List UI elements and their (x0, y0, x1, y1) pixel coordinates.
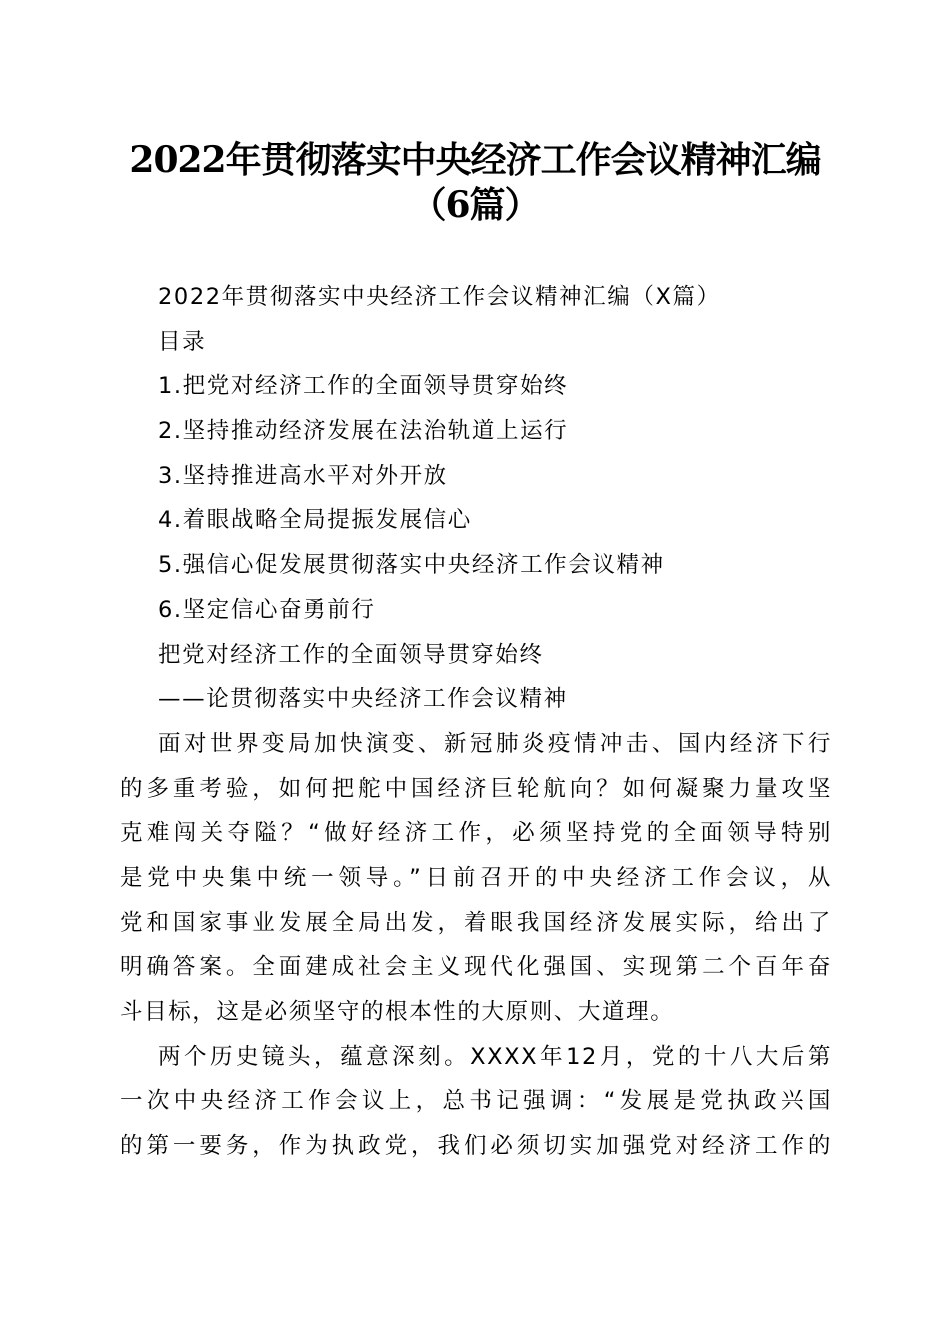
paragraph-line: 明确答案。全面建成社会主义现代化强国、实现第二个百年奋 (120, 945, 832, 990)
paragraph-line: 的多重考验，如何把舵中国经济巨轮航向？如何凝聚力量攻坚 (120, 767, 832, 812)
article-title: 把党对经济工作的全面领导贯穿始终 (120, 633, 832, 678)
collection-subtitle: 2022年贯彻落实中央经济工作会议精神汇编（X篇） (120, 275, 832, 320)
article-subtitle: ——论贯彻落实中央经济工作会议精神 (120, 677, 832, 722)
document-title-count: （6篇） (0, 183, 950, 227)
document-page: 2022年贯彻落实中央经济工作会议精神汇编 （6篇） 2022年贯彻落实中央经济… (0, 0, 950, 1344)
toc-item: 2.坚持推动经济发展在法治轨道上运行 (120, 409, 832, 454)
paragraph-2: 两个历史镜头，蕴意深刻。XXXX年12月，党的十八大后第 一次中央经济工作会议上… (120, 1035, 832, 1169)
toc-item: 1.把党对经济工作的全面领导贯穿始终 (120, 364, 832, 409)
toc-item: 3.坚持推进高水平对外开放 (120, 454, 832, 499)
toc-item: 5.强信心促发展贯彻落实中央经济工作会议精神 (120, 543, 832, 588)
document-body: 2022年贯彻落实中央经济工作会议精神汇编（X篇） 目录 1.把党对经济工作的全… (120, 275, 832, 1169)
toc-item: 6.坚定信心奋勇前行 (120, 588, 832, 633)
paragraph-line: 党和国家事业发展全局出发，着眼我国经济发展实际，给出了 (120, 901, 832, 946)
paragraph-line: 的第一要务，作为执政党，我们必须切实加强党对经济工作的 (120, 1124, 832, 1169)
document-title: 2022年贯彻落实中央经济工作会议精神汇编 (0, 138, 950, 182)
paragraph-line: 面对世界变局加快演变、新冠肺炎疫情冲击、国内经济下行 (120, 722, 832, 767)
paragraph-line: 一次中央经济工作会议上，总书记强调：“发展是党执政兴国 (120, 1079, 832, 1124)
paragraph-1: 面对世界变局加快演变、新冠肺炎疫情冲击、国内经济下行 的多重考验，如何把舵中国经… (120, 722, 832, 1035)
paragraph-line: 两个历史镜头，蕴意深刻。XXXX年12月，党的十八大后第 (120, 1035, 832, 1080)
toc-item: 4.着眼战略全局提振发展信心 (120, 498, 832, 543)
paragraph-line: 克难闯关夺隘？“做好经济工作，必须坚持党的全面领导特别 (120, 811, 832, 856)
toc-heading: 目录 (120, 320, 832, 365)
paragraph-line: 是党中央集中统一领导。”日前召开的中央经济工作会议，从 (120, 856, 832, 901)
paragraph-line: 斗目标，这是必须坚守的根本性的大原则、大道理。 (120, 990, 832, 1035)
